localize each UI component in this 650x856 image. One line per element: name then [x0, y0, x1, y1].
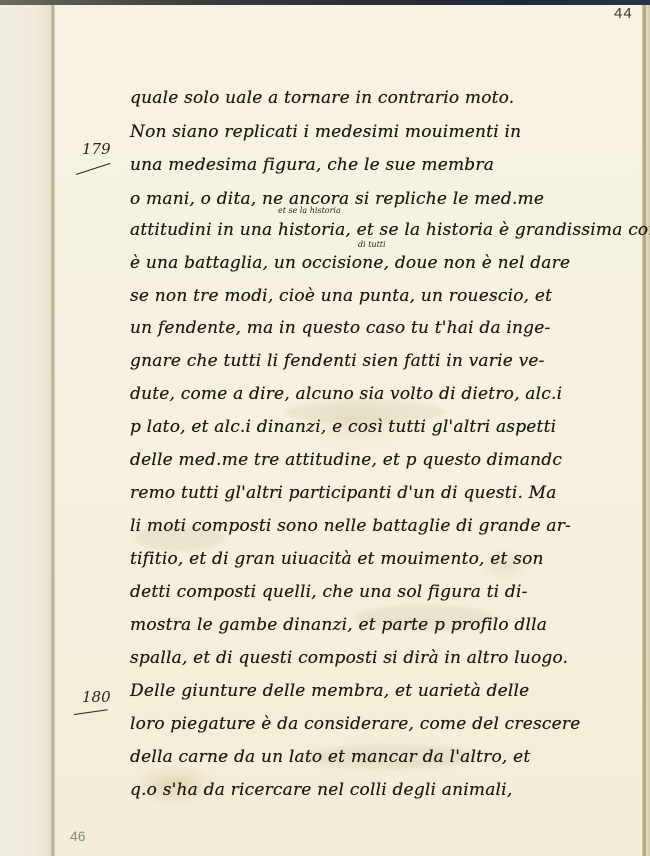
text-line: attitudini in una historia, et se la his… — [130, 220, 650, 240]
text-line: se non tre modi, cioè una punta, un roue… — [130, 286, 552, 306]
text-line: p lato, et alc.i dinanzi, e così tutti g… — [130, 417, 556, 437]
text-line: quale solo uale a tornare in contrario m… — [130, 88, 514, 108]
text-line: detti composti quelli, che una sol figur… — [130, 582, 528, 602]
pencil-folio-number: 46 — [70, 828, 86, 844]
text-line: gnare che tutti li fendenti sien fatti i… — [130, 351, 545, 371]
text-line: è una battaglia, un occisione, doue non … — [130, 253, 570, 273]
text-line: tifitio, et di gran uiuacità et mouiment… — [130, 549, 544, 569]
interlinear-note: et se la historia — [278, 206, 341, 215]
text-line: spalla, et di questi composti si dirà in… — [130, 648, 568, 668]
page-number: 44 — [614, 5, 633, 22]
margin-section-number: 179 — [82, 140, 111, 158]
text-line: della carne da un lato et mancar da l'al… — [130, 747, 530, 767]
text-line: mostra le gambe dinanzi, et parte p prof… — [130, 615, 547, 635]
text-line: li moti composti sono nelle battaglie di… — [130, 516, 571, 536]
text-line: q.o s'ha da ricercare nel colli degli an… — [130, 780, 512, 800]
interlinear-note: di tutti — [358, 240, 386, 249]
section-number-179: 179 — [82, 140, 111, 158]
text-line: dute, come a dire, alcuno sia volto di d… — [130, 384, 562, 404]
text-line: remo tutti gl'altri participanti d'un di… — [130, 483, 557, 503]
facing-page-edge — [0, 5, 52, 856]
text-line: Non siano replicati i medesimi mouimenti… — [130, 122, 521, 142]
section-number-180: 180 — [82, 688, 111, 706]
text-line: un fendente, ma in questo caso tu t'hai … — [130, 318, 550, 338]
margin-section-number: 180 — [82, 688, 111, 706]
page-edge-right — [642, 5, 650, 856]
text-line: delle med.me tre attitudine, et p questo… — [130, 450, 562, 470]
text-line: loro piegature è da considerare, come de… — [130, 714, 580, 734]
text-line: una medesima figura, che le sue membra — [130, 155, 494, 175]
text-line: Delle giunture delle membra, et uarietà … — [130, 681, 529, 701]
